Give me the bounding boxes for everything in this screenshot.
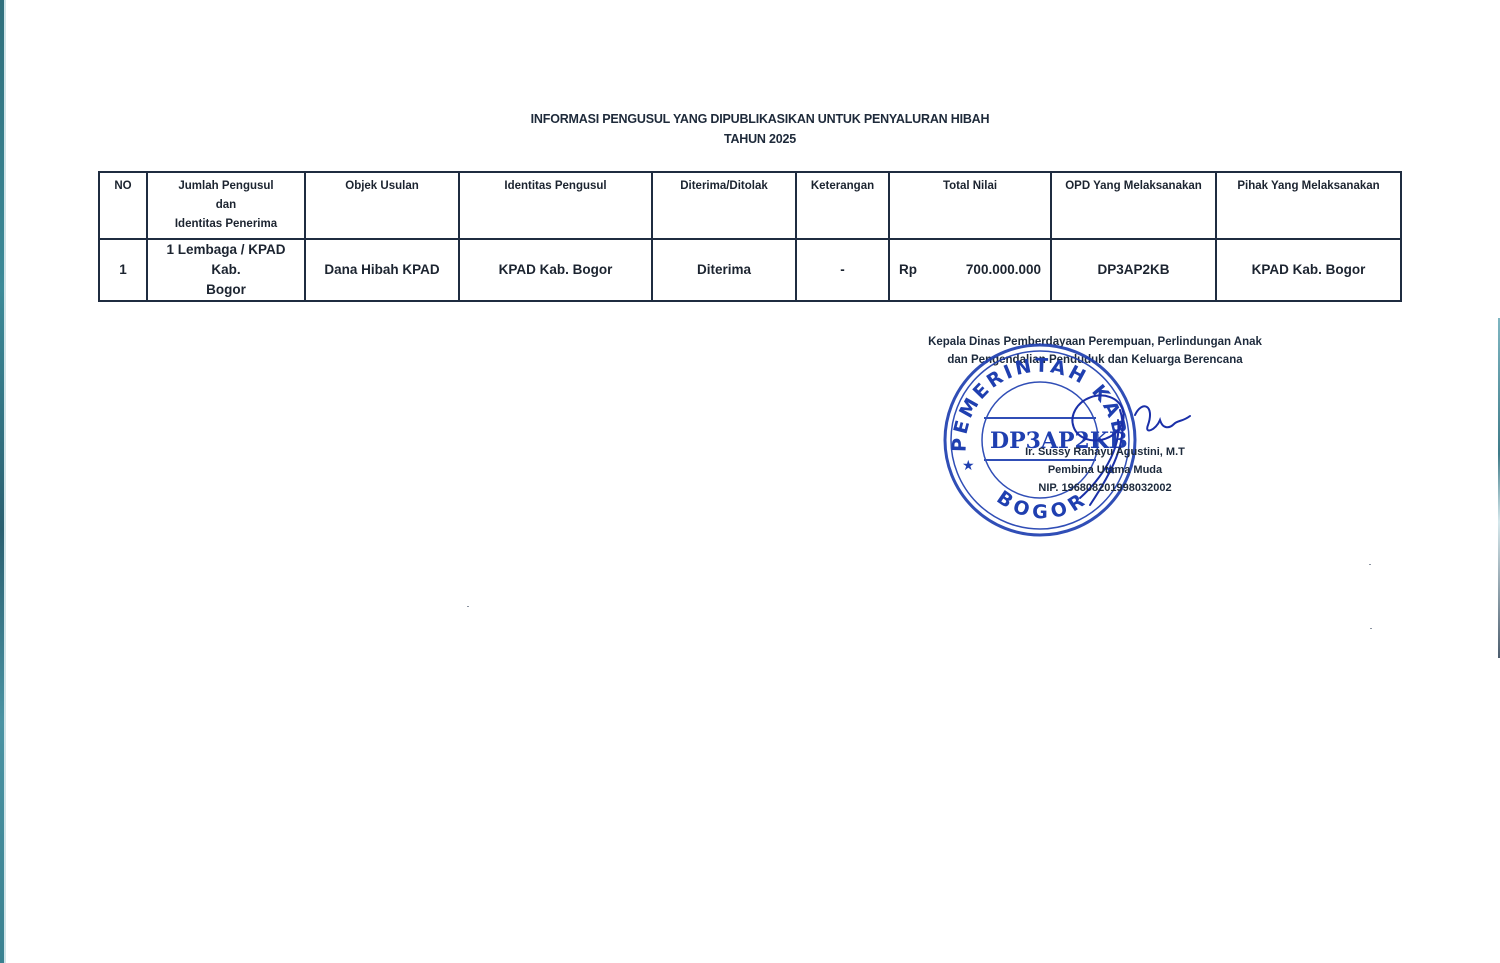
header-jumlah: Jumlah Pengusul dan Identitas Penerima (147, 172, 305, 239)
header-opd: OPD Yang Melaksanakan (1051, 172, 1216, 239)
cell-no: 1 (99, 239, 147, 301)
title-line-2: TAHUN 2025 (0, 129, 1500, 149)
header-objek: Objek Usulan (305, 172, 459, 239)
cell-total: Rp 700.000.000 (889, 239, 1051, 301)
header-jumlah-line3: Identitas Penerima (151, 215, 301, 234)
cell-jumlah: 1 Lembaga / KPAD Kab. Bogor (147, 239, 305, 301)
cell-keterangan: - (796, 239, 889, 301)
title-line-1: INFORMASI PENGUSUL YANG DIPUBLIKASIKAN U… (0, 109, 1500, 129)
signatory-details: Ir. Sussy Rahayu Agustini, M.T Pembina U… (1005, 443, 1205, 497)
header-keterangan: Keterangan (796, 172, 889, 239)
document-title: INFORMASI PENGUSUL YANG DIPUBLIKASIKAN U… (0, 109, 1500, 149)
header-status: Diterima/Ditolak (652, 172, 796, 239)
cell-identitas: KPAD Kab. Bogor (459, 239, 652, 301)
cell-objek: Dana Hibah KPAD (305, 239, 459, 301)
official-rank: Pembina Utama Muda (1005, 461, 1205, 479)
cell-pihak: KPAD Kab. Bogor (1216, 239, 1401, 301)
scan-speck (467, 606, 469, 607)
header-pihak: Pihak Yang Melaksanakan (1216, 172, 1401, 239)
header-no: NO (99, 172, 147, 239)
cell-jumlah-line1: 1 Lembaga / KPAD Kab. (151, 240, 301, 280)
grant-table: NO Jumlah Pengusul dan Identitas Penerim… (98, 171, 1402, 302)
stamp-star-left-icon: ★ (962, 457, 975, 473)
currency-label: Rp (893, 260, 917, 280)
cell-opd: DP3AP2KB (1051, 239, 1216, 301)
header-jumlah-line2: dan (151, 196, 301, 215)
table-header-row: NO Jumlah Pengusul dan Identitas Penerim… (99, 172, 1401, 239)
amount-value: 700.000.000 (966, 260, 1047, 280)
header-jumlah-line1: Jumlah Pengusul (151, 177, 301, 196)
cell-jumlah-line2: Bogor (151, 280, 301, 300)
scan-speck (1370, 628, 1372, 629)
table-row: 1 1 Lembaga / KPAD Kab. Bogor Dana Hibah… (99, 239, 1401, 301)
official-name: Ir. Sussy Rahayu Agustini, M.T (1005, 443, 1205, 461)
cell-status: Diterima (652, 239, 796, 301)
official-nip: NIP. 196808201998032002 (1005, 479, 1205, 497)
header-identitas: Identitas Pengusul (459, 172, 652, 239)
header-total: Total Nilai (889, 172, 1051, 239)
scan-speck (1369, 564, 1371, 565)
